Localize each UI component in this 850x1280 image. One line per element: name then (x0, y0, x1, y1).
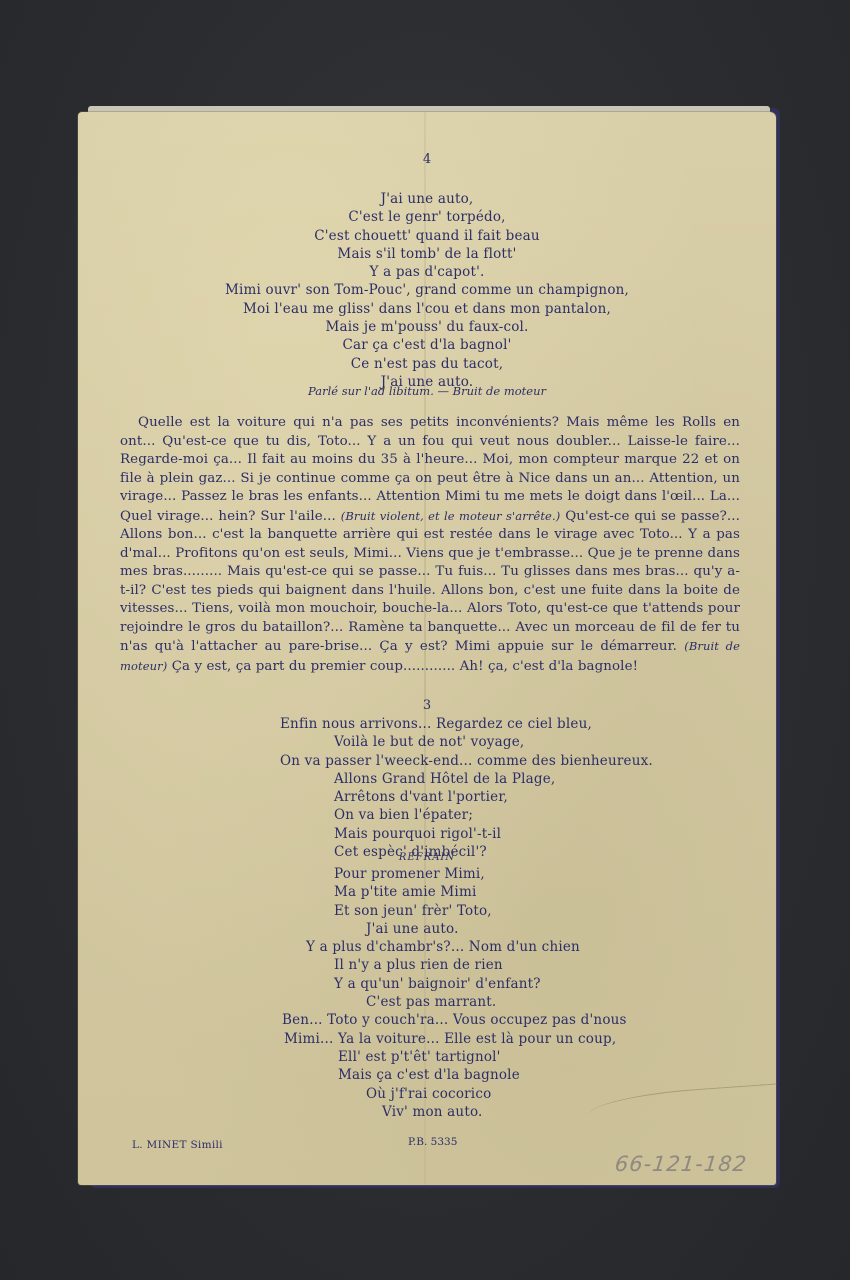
verse-line: Mimi... Ya la voiture... Elle est là pou… (78, 1030, 776, 1048)
verse-line: Ma p'tite amie Mimi (78, 883, 776, 901)
verse-line: Viv' mon auto. (78, 1103, 776, 1121)
verse-line: Il n'y a plus rien de rien (78, 956, 776, 974)
stanza-number: 3 (78, 698, 776, 713)
verse-line: Mais je m'pouss' du faux-col. (78, 318, 776, 336)
verse-line: Y a qu'un' baignoir' d'enfant? (78, 975, 776, 993)
sheet-music-page: 4 J'ai une auto,C'est le genr' torpédo,C… (78, 112, 776, 1185)
verse-line: Mais pourquoi rigol'-t-il (78, 825, 776, 843)
verse-line: On va bien l'épater; (78, 806, 776, 824)
verse-line: Et son jeun' frèr' Toto, (78, 902, 776, 920)
verse-line: Ce n'est pas du tacot, (78, 355, 776, 373)
verse-line: On va passer l'weeck-end... comme des bi… (78, 752, 776, 770)
verse-line: Où j'f'rai cocorico (78, 1085, 776, 1103)
verse-3: Pour promener Mimi,Ma p'tite amie MimiEt… (78, 865, 776, 1121)
refrain-label: REFRAIN (78, 852, 776, 863)
verse-line: Ell' est p't'êt' tartignol' (78, 1048, 776, 1066)
verse-line: Mais ça c'est d'la bagnole (78, 1066, 776, 1084)
verse-line: Pour promener Mimi, (78, 865, 776, 883)
verse-line: C'est chouett' quand il fait beau (78, 227, 776, 245)
verse-line: C'est pas marrant. (78, 993, 776, 1011)
verse-line: Voilà le but de not' voyage, (78, 733, 776, 751)
stage-direction: Parlé sur l'ad libitum. — Bruit de moteu… (78, 384, 776, 398)
verse-line: Y a pas d'capot'. (78, 263, 776, 281)
verse-line: C'est le genr' torpédo, (78, 208, 776, 226)
verse-line: Enfin nous arrivons... Regardez ce ciel … (78, 715, 776, 733)
spoken-passage: Quelle est la voiture qui n'a pas ses pe… (120, 414, 740, 676)
verse-line: Car ça c'est d'la bagnol' (78, 336, 776, 354)
verse-line: Moi l'eau me gliss' dans l'cou et dans m… (78, 300, 776, 318)
verse-2: Enfin nous arrivons... Regardez ce ciel … (78, 715, 776, 861)
spoken-text-1: Quelle est la voiture qui n'a pas ses pe… (120, 415, 740, 524)
verse-line: Ben... Toto y couch'ra... Vous occupez p… (78, 1011, 776, 1029)
verse-line: Arrêtons d'vant l'portier, (78, 788, 776, 806)
spoken-italic-1: (Bruit violent, et le moteur s'arrête.) (341, 509, 561, 523)
verse-line: Allons Grand Hôtel de la Plage, (78, 770, 776, 788)
spoken-text-3: Ça y est, ça part du premier coup.......… (167, 659, 638, 674)
verse-line: Y a plus d'chambr's?... Nom d'un chien (78, 938, 776, 956)
verse-line: Mais s'il tomb' de la flott' (78, 245, 776, 263)
spoken-text-2: Qu'est-ce qui se passe?... Allons bon...… (120, 509, 740, 655)
page-number: 4 (78, 152, 776, 167)
verse-line: Mimi ouvr' son Tom-Pouc', grand comme un… (78, 281, 776, 299)
verse-line: J'ai une auto. (78, 920, 776, 938)
archive-pencil-number: 66-121-182 (614, 1152, 749, 1176)
verse-line: J'ai une auto, (78, 190, 776, 208)
verse-1: J'ai une auto,C'est le genr' torpédo,C'e… (78, 190, 776, 391)
printer-credit: L. MINET Simili (132, 1139, 223, 1151)
publisher-code: P.B. 5335 (408, 1136, 457, 1148)
